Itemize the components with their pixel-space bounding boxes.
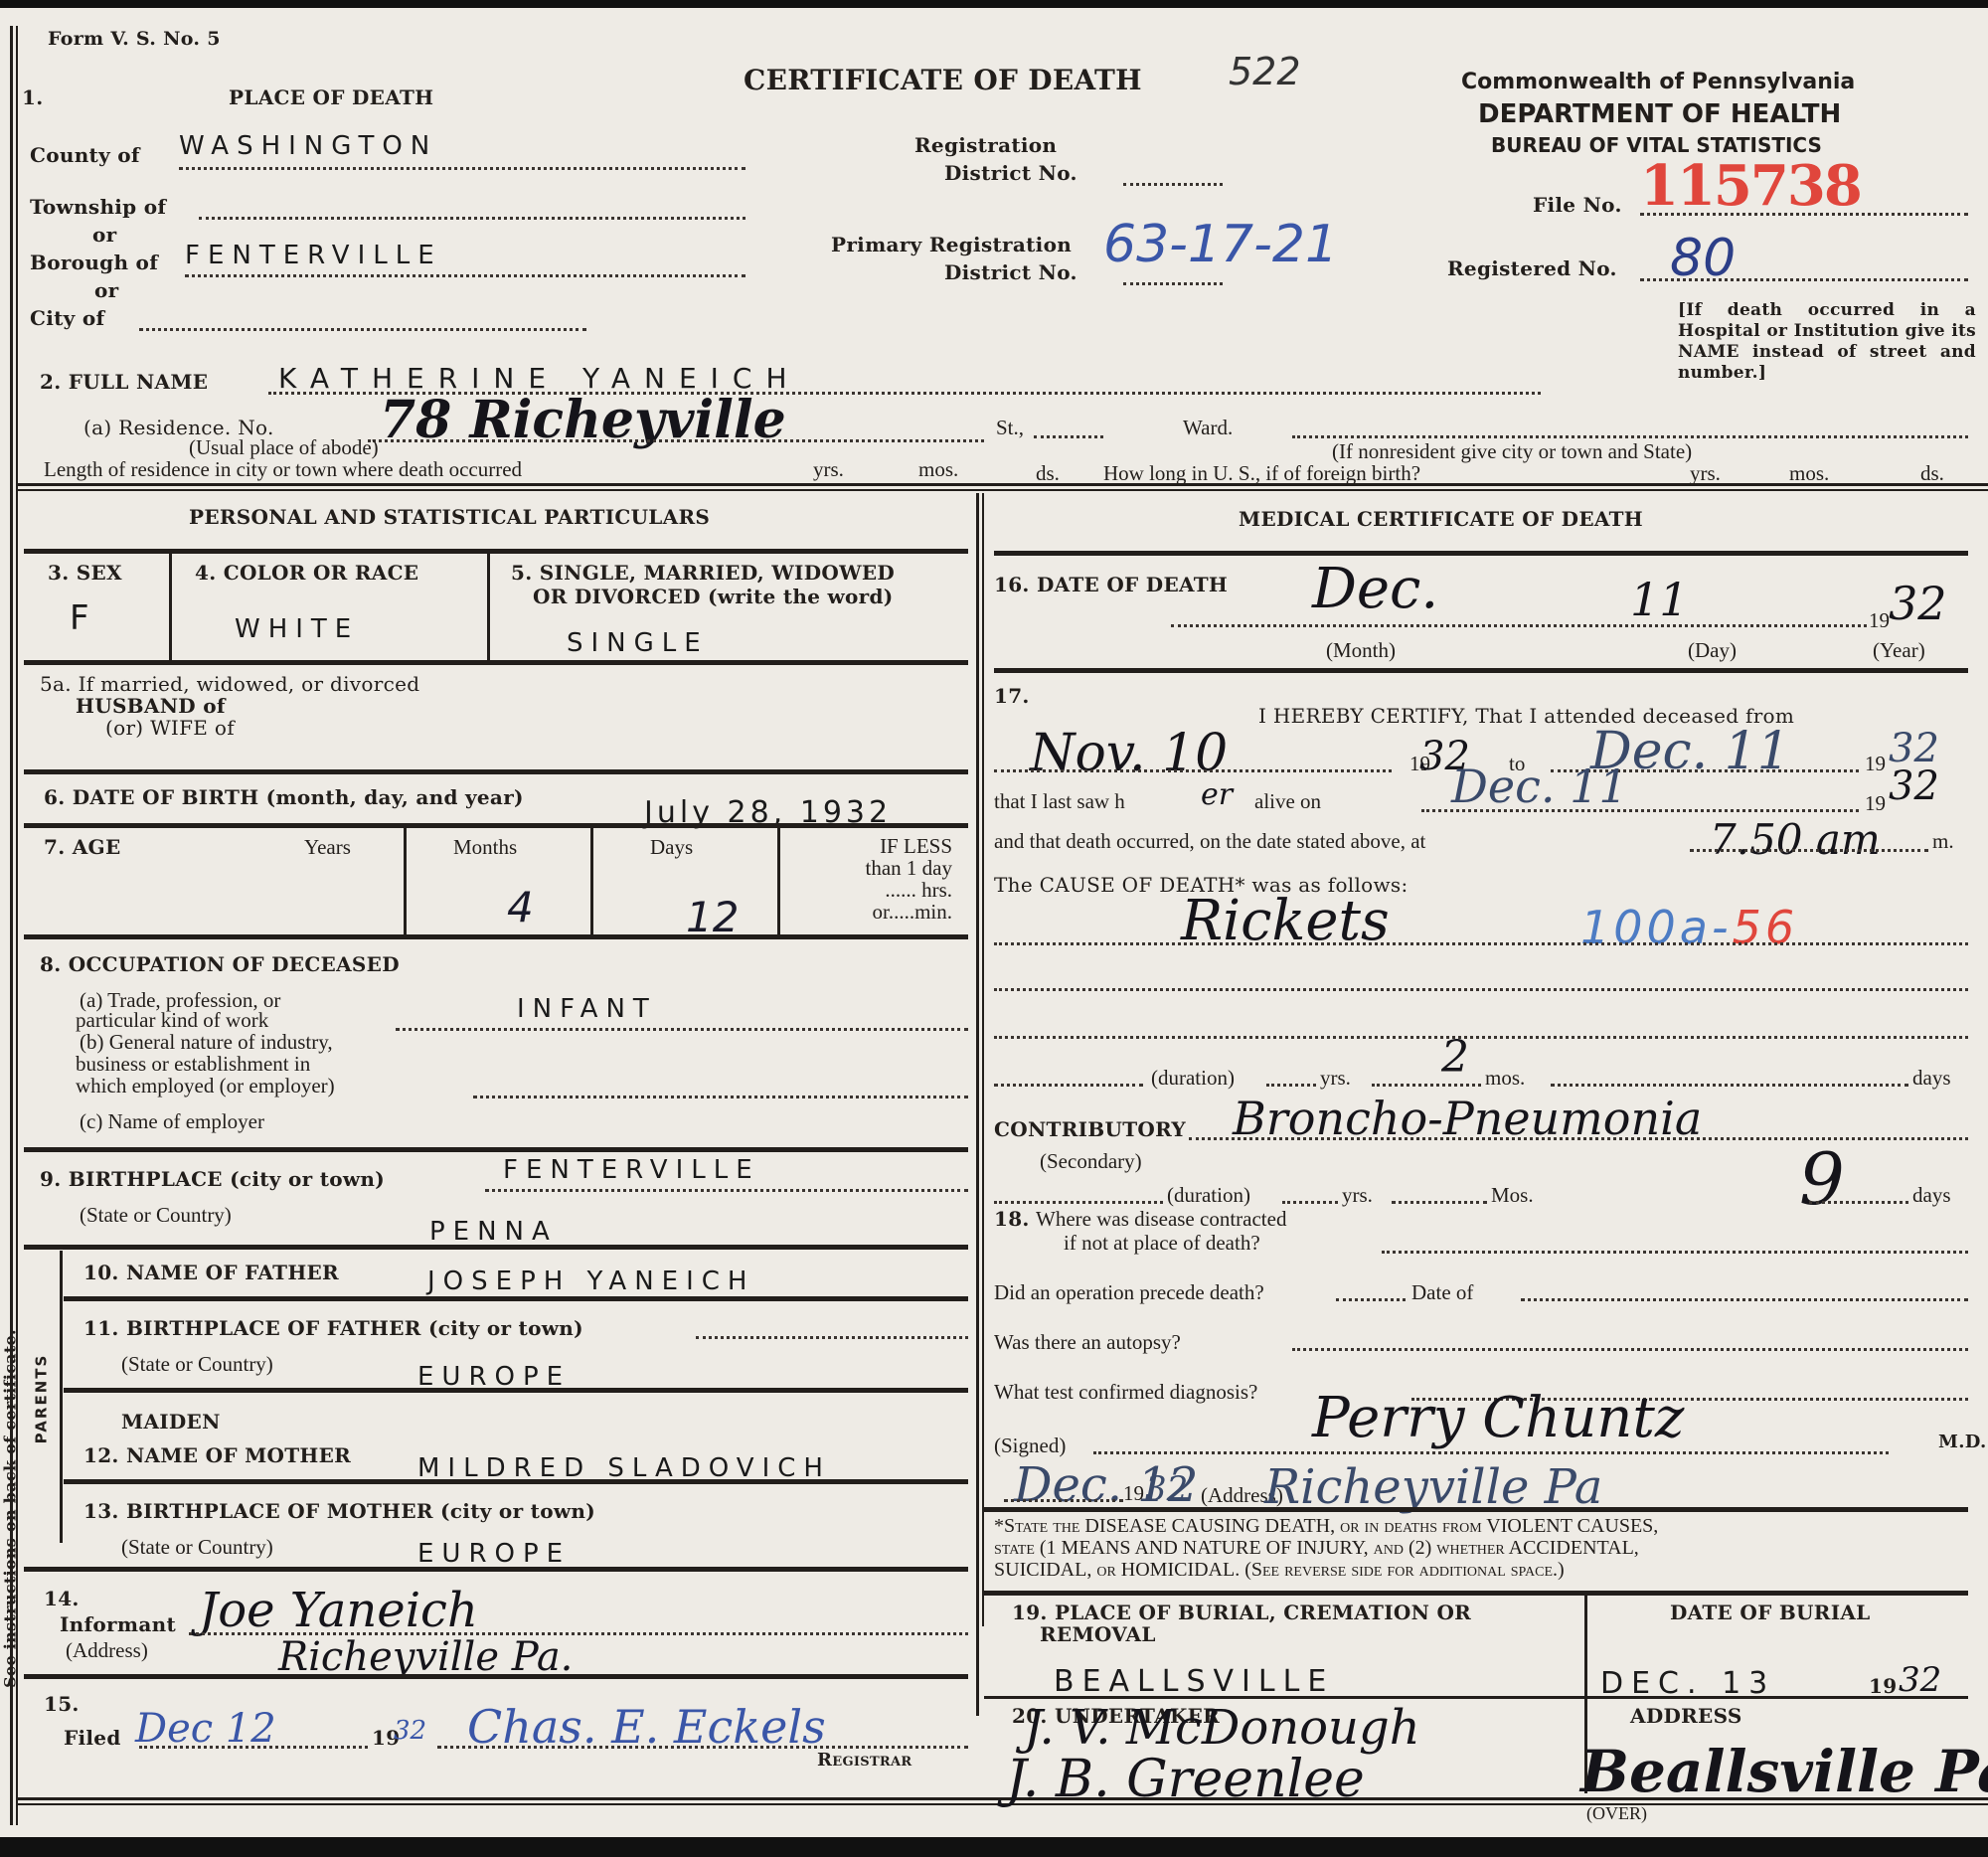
county-value: WASHINGTON (179, 131, 437, 161)
yrs-label: yrs. (1320, 1066, 1351, 1091)
maiden-label: MAIDEN (121, 1410, 221, 1434)
undertaker-address-value: Beallsville Pa (1580, 1738, 1988, 1805)
removal-label: REMOVAL (1040, 1622, 1156, 1646)
test-confirmed-label: What test confirmed diagnosis? (994, 1380, 1257, 1405)
md-label: M.D. (1938, 1432, 1987, 1452)
cause-code: 100a-56 (1580, 901, 1798, 954)
primary-registration-label: Primary Registration (831, 233, 1072, 256)
cause-code-red: 56 (1733, 901, 1799, 954)
undertaker-value-1: J. V. McDonough (1024, 1700, 1420, 1756)
disease-contracted-label: Where was disease contracted (1036, 1207, 1286, 1232)
spouse-label: 5a. If married, widowed, or divorced (40, 672, 419, 696)
marital-status-value: SINGLE (567, 628, 709, 658)
occupation-heading: 8. OCCUPATION OF DECEASED (40, 952, 400, 976)
or-label: or (94, 278, 118, 302)
st-label: St., (996, 416, 1024, 440)
last-saw-label: that I last saw h (994, 789, 1125, 814)
file-no-value: 115738 (1640, 153, 1861, 219)
death-month-value: Dec. (1312, 557, 1438, 621)
duration-label: (duration) (1167, 1183, 1250, 1208)
mos-label: Mos. (1491, 1183, 1534, 1208)
sex-value: F (70, 598, 97, 638)
day-caption: (Day) (1688, 638, 1737, 663)
cause-duration-months-value: 2 (1441, 1032, 1469, 1083)
parents-label: PARENTS (32, 1354, 50, 1444)
informant-value: Joe Yaneich (199, 1583, 478, 1638)
issuer-line-2: DEPARTMENT OF HEALTH (1478, 99, 1841, 129)
county-label: County of (30, 143, 140, 167)
years-label: Years (304, 835, 351, 860)
death-year-value: 32 (1889, 577, 1947, 630)
year-prefix: 19 (1865, 752, 1886, 776)
days-label: days (1912, 1066, 1951, 1091)
death-year-prefix: 19 (1869, 608, 1890, 633)
mos-label: mos. (918, 457, 958, 482)
husband-of-label: HUSBAND of (76, 694, 226, 718)
filed-label: Filed (64, 1726, 121, 1750)
date-of-label: Date of (1411, 1280, 1473, 1305)
issuer-line-1: Commonwealth of Pennsylvania (1461, 70, 1855, 94)
sex-label: 3. SEX (48, 561, 122, 585)
full-name-label: 2. FULL NAME (40, 370, 208, 394)
autopsy-label: Was there an autopsy? (994, 1330, 1181, 1355)
last-saw-date-value: Dec. 11 (1451, 760, 1628, 813)
contributory-duration-days-value: 9 (1799, 1137, 1845, 1221)
cause-code-blue: 100a- (1580, 901, 1733, 954)
age-months-value: 4 (507, 883, 534, 931)
district-no-label: District No. (944, 161, 1077, 185)
informant-number: 14. (44, 1587, 80, 1610)
contributory-label: CONTRIBUTORY (994, 1117, 1186, 1141)
undertaker-address-label: ADDRESS (1630, 1704, 1742, 1728)
form-number: Form V. S. No. 5 (48, 28, 221, 50)
year-prefix: 19 (1123, 1481, 1144, 1506)
dob-label: 6. DATE OF BIRTH (month, day, and year) (44, 785, 524, 809)
medical-heading: MEDICAL CERTIFICATE OF DEATH (1239, 507, 1643, 531)
filed-number: 15. (44, 1692, 80, 1716)
duration-label: (duration) (1151, 1066, 1235, 1091)
last-saw-year-value: 32 (1889, 763, 1939, 809)
burial-place-value: BEALLSVILLE (1054, 1664, 1334, 1699)
personal-heading: PERSONAL AND STATISTICAL PARTICULARS (189, 505, 710, 529)
last-saw-pronoun: er (1201, 777, 1233, 812)
over-label: (OVER) (1586, 1803, 1647, 1824)
birthplace-value: FENTERVILLE (503, 1155, 760, 1185)
father-name-value: JOSEPH YANEICH (427, 1266, 754, 1296)
attended-from-value: Nov. 10 (1030, 724, 1228, 783)
burial-year-prefix: 19 (1869, 1674, 1897, 1698)
marital-status-label-2: OR DIVORCED (write the word) (533, 585, 894, 608)
filed-year-value: 32 (394, 1716, 426, 1746)
yrs-label: yrs. (1342, 1183, 1373, 1208)
side-instructions-note: See instructions on back of certificate. (1, 1161, 20, 1854)
birth-state-value: PENNA (429, 1217, 558, 1247)
or-label: or (92, 223, 116, 247)
occupation-b-label-3: which employed (or employer) (76, 1074, 335, 1098)
death-time-label: and that death occurred, on the date sta… (994, 829, 1425, 854)
section-17-number: 17. (994, 684, 1030, 708)
certificate-number: 522 (1229, 50, 1301, 93)
disease-contracted-label-2: if not at place of death? (1064, 1231, 1260, 1256)
signed-label: (Signed) (994, 1434, 1066, 1458)
place-of-death-heading: PLACE OF DEATH (229, 85, 433, 109)
mother-name-label: 12. NAME OF MOTHER (83, 1443, 351, 1467)
date-of-death-label: 16. DATE OF DEATH (994, 573, 1228, 596)
secondary-label: (Secondary) (1040, 1149, 1142, 1174)
informant-label: Informant (60, 1612, 176, 1636)
employer-label: (c) Name of employer (80, 1109, 264, 1134)
burial-year-value: 32 (1899, 1660, 1941, 1700)
file-no-label: File No. (1533, 193, 1622, 217)
months-label: Months (453, 835, 517, 860)
occupation-value: INFANT (517, 994, 657, 1024)
alive-on-label: alive on (1254, 789, 1321, 814)
footnote: *State the DISEASE CAUSING DEATH, or in … (994, 1515, 1658, 1581)
year-caption: (Year) (1873, 638, 1925, 663)
column-divider (976, 493, 979, 1716)
operation-label: Did an operation precede death? (994, 1280, 1264, 1305)
borough-value: FENTERVILLE (185, 241, 442, 270)
wife-of-label: (or) WIFE of (105, 716, 235, 740)
month-caption: (Month) (1326, 638, 1396, 663)
birthplace-label: 9. BIRTHPLACE (city or town) (40, 1167, 385, 1191)
year-prefix: 19 (1865, 791, 1886, 816)
mother-state-value: EUROPE (417, 1539, 571, 1569)
ward-label: Ward. (1183, 416, 1233, 440)
registered-no-label: Registered No. (1447, 256, 1617, 280)
father-name-label: 10. NAME OF FATHER (83, 1261, 339, 1284)
yrs-label: yrs. (813, 457, 844, 482)
mother-birthplace-label: 13. BIRTHPLACE OF MOTHER (city or town) (83, 1499, 595, 1523)
primary-district-no-label: District No. (944, 260, 1077, 284)
age-label: 7. AGE (44, 835, 120, 859)
registrar-label: Registrar (817, 1750, 912, 1771)
m-suffix: m. (1932, 829, 1954, 854)
township-label: Township of (30, 195, 166, 219)
section-18-number: 18. (994, 1207, 1030, 1231)
less-than-day-note: IF LESS than 1 day ...... hrs. or.....mi… (813, 835, 952, 923)
informant-address-label: (Address) (66, 1638, 148, 1663)
column-divider-inner (982, 493, 984, 1626)
certificate-title: CERTIFICATE OF DEATH (744, 64, 1142, 96)
length-of-residence-label: Length of residence in city or town wher… (44, 457, 522, 482)
physician-signature: Perry Chuntz (1312, 1386, 1684, 1450)
days-label: days (1912, 1183, 1951, 1208)
death-certificate: See instructions on back of certificate.… (0, 8, 1988, 1837)
father-birthplace-label: 11. BIRTHPLACE OF FATHER (city or town) (83, 1316, 583, 1340)
burial-date-label: DATE OF BURIAL (1670, 1601, 1871, 1624)
death-day-value: 11 (1630, 573, 1689, 626)
mos-label: mos. (1485, 1066, 1525, 1091)
birth-state-label: (State or Country) (80, 1203, 232, 1228)
marital-status-label: 5. SINGLE, MARRIED, WIDOWED (511, 561, 895, 585)
undertaker-value-2: J. B. Greenlee (1006, 1750, 1365, 1809)
section-1-number: 1. (22, 85, 43, 109)
city-label: City of (30, 306, 104, 330)
signed-year-value: 32 (1145, 1469, 1188, 1509)
hospital-note: [If death occurred in a Hospital or Inst… (1678, 300, 1976, 384)
race-value: WHITE (235, 614, 359, 644)
mother-state-label: (State or Country) (121, 1535, 273, 1560)
primary-district-value: 63-17-21 (1103, 215, 1338, 274)
days-label: Days (650, 835, 693, 860)
burial-place-label: 19. PLACE OF BURIAL, CREMATION OR (1012, 1601, 1471, 1624)
father-state-label: (State or Country) (121, 1352, 273, 1377)
race-label: 4. COLOR OR RACE (195, 561, 418, 585)
registration-label: Registration (914, 133, 1057, 157)
death-time-value: 7.50 am (1710, 815, 1881, 864)
borough-label: Borough of (30, 251, 158, 274)
